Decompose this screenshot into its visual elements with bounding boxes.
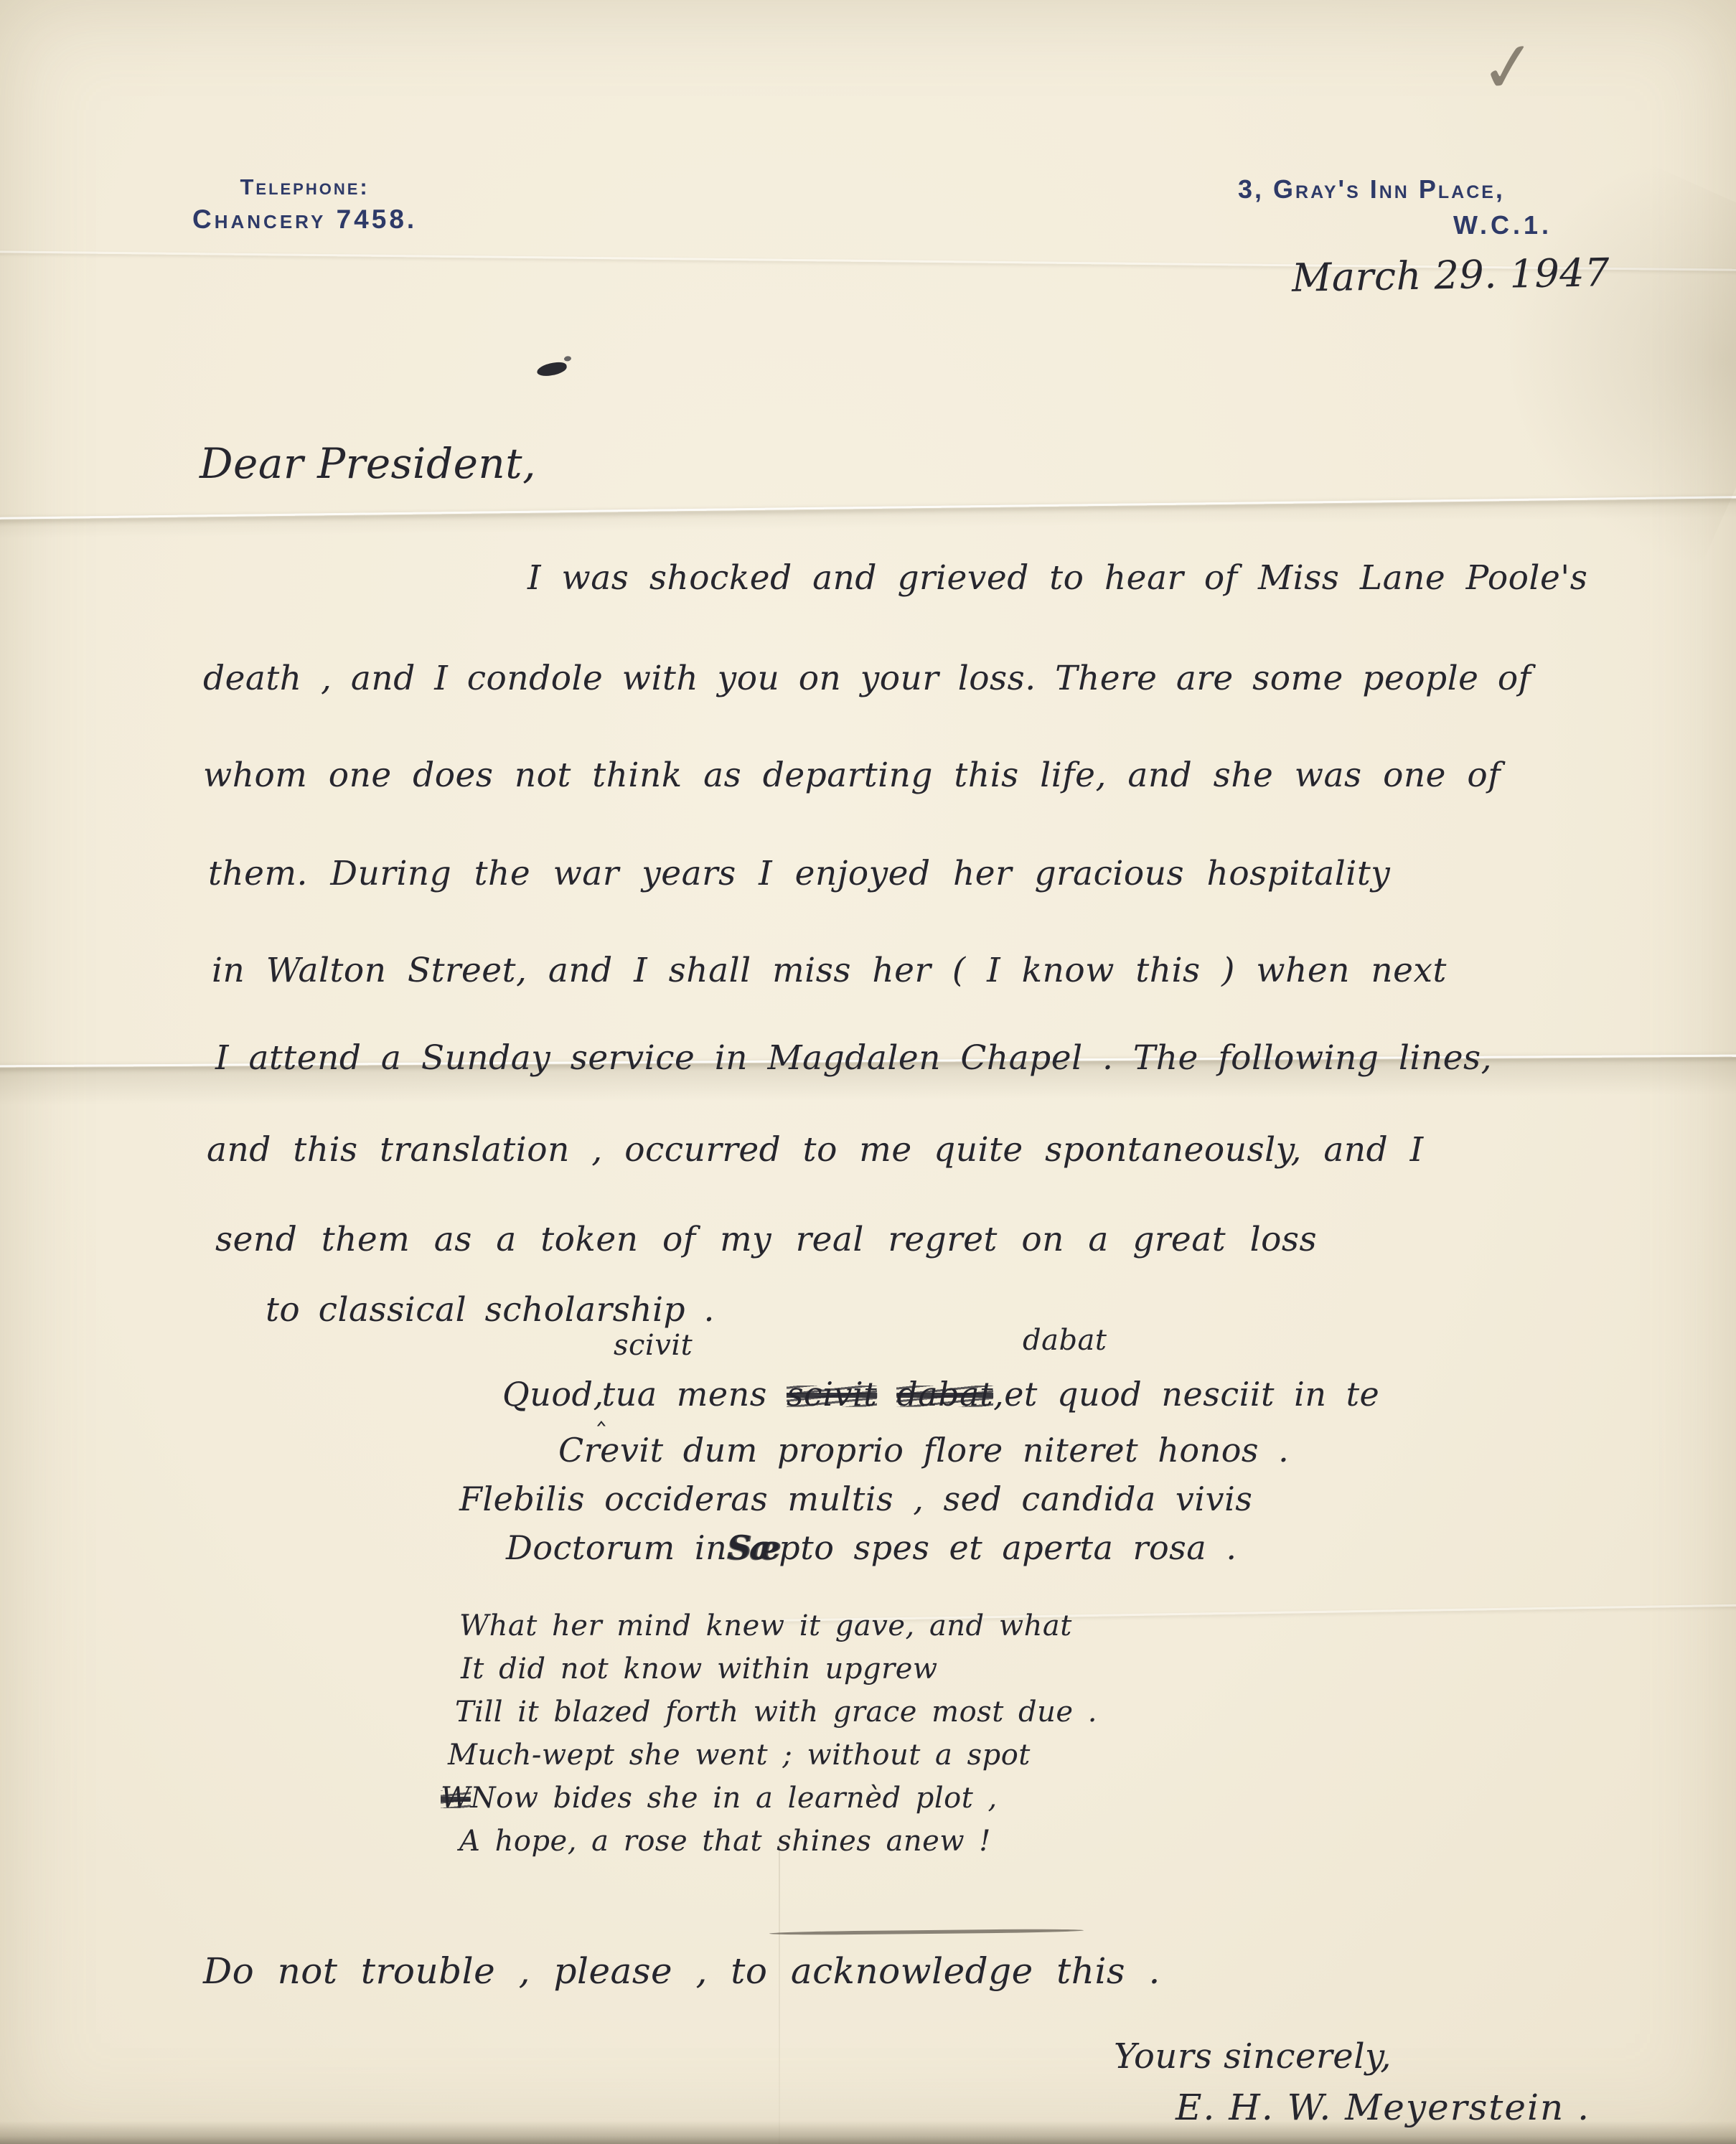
latin-interlinear-correction: scivit	[614, 1329, 693, 1362]
paper-crease-shadow	[0, 499, 1736, 539]
scratched-out-word: scivit	[787, 1375, 877, 1414]
letterhead-telephone-block: Telephone: Chancery 7458.	[192, 174, 417, 235]
ink-blot-mark	[536, 361, 568, 377]
letter-paper: ✓ Telephone: Chancery 7458. 3, Gray's In…	[0, 0, 1736, 2144]
telephone-label: Telephone:	[192, 174, 417, 200]
latin-verse-line: Flebilis occideras multis , sed candida …	[459, 1480, 1252, 1518]
address-line-1: 3, Gray's Inn Place,	[1238, 174, 1552, 204]
english-verse-line: Much-wept she went ; without a spot	[448, 1739, 1031, 1772]
signature: E. H. W. Meyerstein .	[1176, 2087, 1590, 2128]
scratched-out-letter: W	[441, 1782, 471, 1815]
body-line: to classical scholarship .	[266, 1290, 715, 1330]
insertion-caret: ‸	[597, 1396, 606, 1426]
scratched-out-word: dabat	[896, 1375, 993, 1414]
letterhead-address-block: 3, Gray's Inn Place, W.C.1.	[1238, 174, 1552, 240]
latin-line1-post: ,et quod nesciit in te	[993, 1375, 1379, 1414]
pencil-checkmark-icon: ✓	[1475, 24, 1542, 111]
valediction: Yours sincerely,	[1114, 2036, 1392, 2077]
body-line: in Walton Street, and I shall miss her (…	[212, 951, 1447, 990]
salutation: Dear President,	[200, 439, 536, 488]
body-line: I was shocked and grieved to hear of Mis…	[527, 558, 1587, 598]
body-line: send them as a token of my real regret o…	[215, 1220, 1317, 1259]
english-verse-line: A hope, a rose that shines anew !	[459, 1825, 991, 1858]
address-line-2: W.C.1.	[1453, 210, 1552, 240]
english-verse-line: Till it blazed forth with grace most due…	[455, 1696, 1097, 1729]
paper-crease-vertical	[779, 1844, 780, 2144]
body-line: whom one does not think as departing thi…	[203, 756, 1501, 795]
body-line: death , and I condole with you on your l…	[203, 659, 1531, 698]
latin-interlinear-correction: dabat	[1023, 1324, 1107, 1357]
pencil-line-mark	[769, 1929, 1084, 1936]
letter-date: March 29. 1947	[1291, 250, 1610, 301]
latin-line1-pre: Quod,	[502, 1375, 604, 1414]
body-line: I attend a Sunday service in Magdalen Ch…	[215, 1038, 1492, 1078]
latin-line4-pre: Doctorum in	[506, 1528, 727, 1567]
body-line: and this translation , occurred to me qu…	[207, 1130, 1424, 1170]
english-line5-rest: Now bides she in a learnèd plot ,	[471, 1782, 998, 1815]
latin-verse-line: Quod,‸tua mens scivit dabat,et quod nesc…	[502, 1375, 1379, 1414]
telephone-number: Chancery 7458.	[192, 204, 417, 235]
closing-request: Do not trouble , please , to acknowledge…	[203, 1950, 1160, 1992]
english-verse-line: What her mind knew it gave, and what	[459, 1609, 1072, 1642]
english-verse-line: WNow bides she in a learnèd plot ,	[441, 1782, 998, 1815]
latin-verse-line: Doctorum inSæpto spes et aperta rosa .	[506, 1528, 1237, 1567]
english-verse-line: It did not know within upgrew	[461, 1652, 938, 1685]
overwritten-letters: Sæ	[727, 1528, 779, 1567]
body-line: them. During the war years I enjoyed her…	[208, 854, 1390, 893]
latin-line1-mid: tua mens	[602, 1375, 787, 1414]
latin-verse-line: Crevit dum proprio flore niteret honos .	[558, 1431, 1289, 1470]
latin-line4-post: pto spes et aperta rosa .	[779, 1528, 1237, 1567]
